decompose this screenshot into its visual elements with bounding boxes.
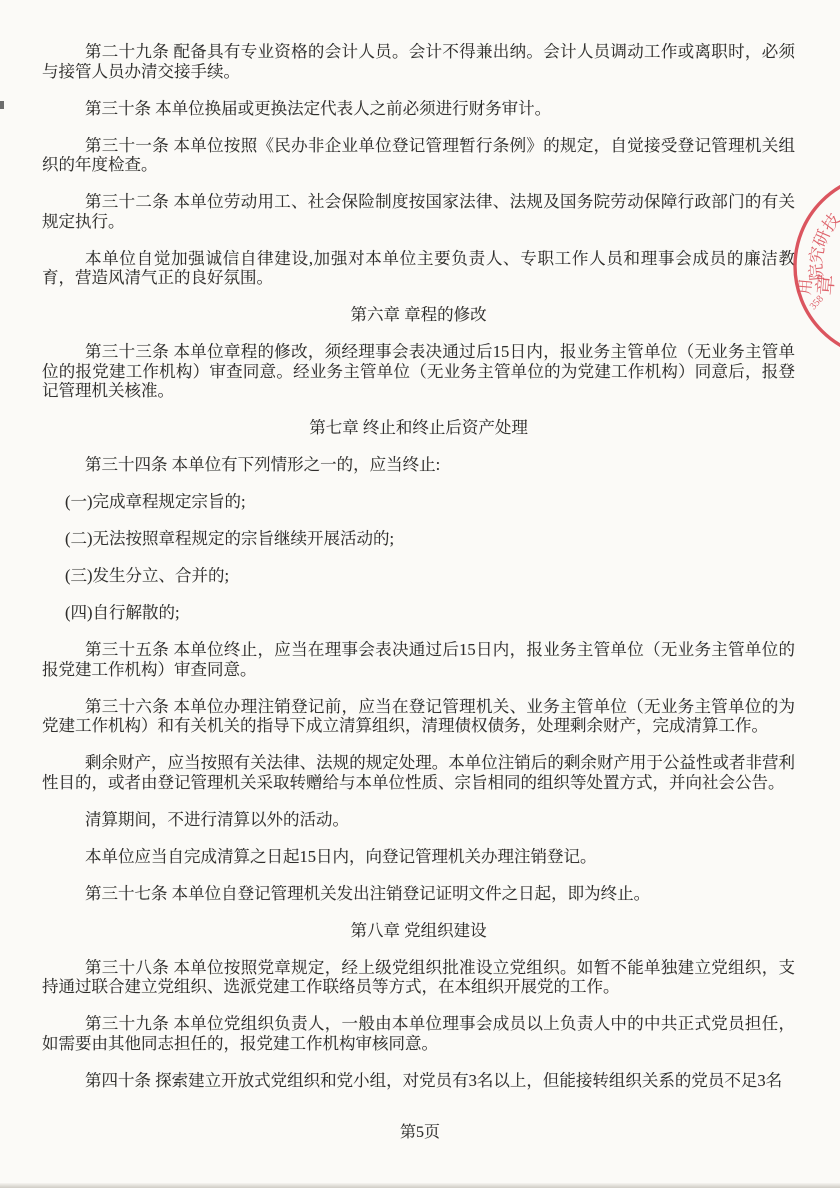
charter-paragraph: 第三十五条 本单位终止，应当在理事会表决通过后15日内，报业务主管单位（无业务主…	[42, 640, 795, 679]
seal-number: 358	[808, 294, 826, 313]
charter-paragraph: 第三十九条 本单位党组织负责人，一般由本单位理事会成员以上负责人中的中共正式党员…	[42, 1014, 795, 1053]
termination-item: (二)无法按照章程规定的宗旨继续开展活动的;	[42, 529, 795, 549]
termination-item: (一)完成章程规定宗旨的;	[42, 492, 795, 512]
charter-paragraph: 第三十三条 本单位章程的修改，须经理事会表决通过后15日内，报业务主管单位（无业…	[42, 342, 795, 401]
seal-center-char: 章	[813, 273, 839, 296]
charter-paragraph: 本单位自觉加强诚信自律建设,加强对本单位主要负责人、专职工作人员和理事会成员的廉…	[42, 249, 795, 288]
scan-bottom-edge	[0, 1183, 840, 1188]
seal-ring	[795, 174, 840, 358]
charter-paragraph: 第三十一条 本单位按照《民办非企业单位登记管理暂行条例》的规定，自觉接受登记管理…	[42, 136, 795, 175]
chapter-heading: 第六章 章程的修改	[42, 305, 795, 325]
page-number: 第5页	[0, 1119, 840, 1142]
chapter-heading: 第七章 终止和终止后资产处理	[42, 418, 795, 438]
charter-paragraph: 第三十四条 本单位有下列情形之一的，应当终止:	[42, 455, 795, 475]
scanned-charter-page: 第二十九条 配备具有专业资格的会计人员。会计不得兼出纳。会计人员调动工作或离职时…	[0, 0, 840, 1188]
termination-item: (三)发生分立、合并的;	[42, 566, 795, 586]
seal-ring-char: 院	[807, 263, 827, 282]
charter-paragraph: 第四十条 探索建立开放式党组织和党小组，对党员有3名以上，但能接转组织关系的党员…	[42, 1071, 795, 1091]
charter-body: 第二十九条 配备具有专业资格的会计人员。会计不得兼出纳。会计人员调动工作或离职时…	[42, 42, 795, 1108]
seal-ring-char: 究	[807, 245, 828, 265]
charter-paragraph: 本单位应当自完成清算之日起15日内，向登记管理机关办理注销登记。	[42, 847, 795, 867]
charter-paragraph: 第三十八条 本单位按照党章规定，经上级党组织批准设立党组织。如暂不能单独建立党组…	[42, 958, 795, 997]
seal-ring-char: 研	[810, 227, 834, 250]
seal-ring-char: 技	[819, 210, 840, 235]
scan-artifact	[0, 101, 4, 109]
charter-paragraph: 第三十六条 本单位办理注销登记前，应当在登记管理机关、业务主管单位（无业务主管单…	[42, 697, 795, 736]
chapter-heading: 第八章 党组织建设	[42, 921, 795, 941]
charter-paragraph: 剩余财产，应当按照有关法律、法规的规定处理。本单位注销后的剩余财产用于公益性或者…	[42, 753, 795, 792]
charter-paragraph: 第三十二条 本单位劳动用工、社会保险制度按国家法律、法规及国务院劳动保障行政部门…	[42, 192, 795, 231]
seal-center-char: 用	[796, 278, 815, 296]
termination-item: (四)自行解散的;	[42, 603, 795, 623]
charter-paragraph: 清算期间，不进行清算以外的活动。	[42, 810, 795, 830]
charter-paragraph: 第三十条 本单位换届或更换法定代表人之前必须进行财务审计。	[42, 99, 795, 119]
charter-paragraph: 第二十九条 配备具有专业资格的会计人员。会计不得兼出纳。会计人员调动工作或离职时…	[42, 42, 795, 81]
charter-paragraph: 第三十七条 本单位自登记管理机关发出注销登记证明文件之日起，即为终止。	[42, 884, 795, 904]
